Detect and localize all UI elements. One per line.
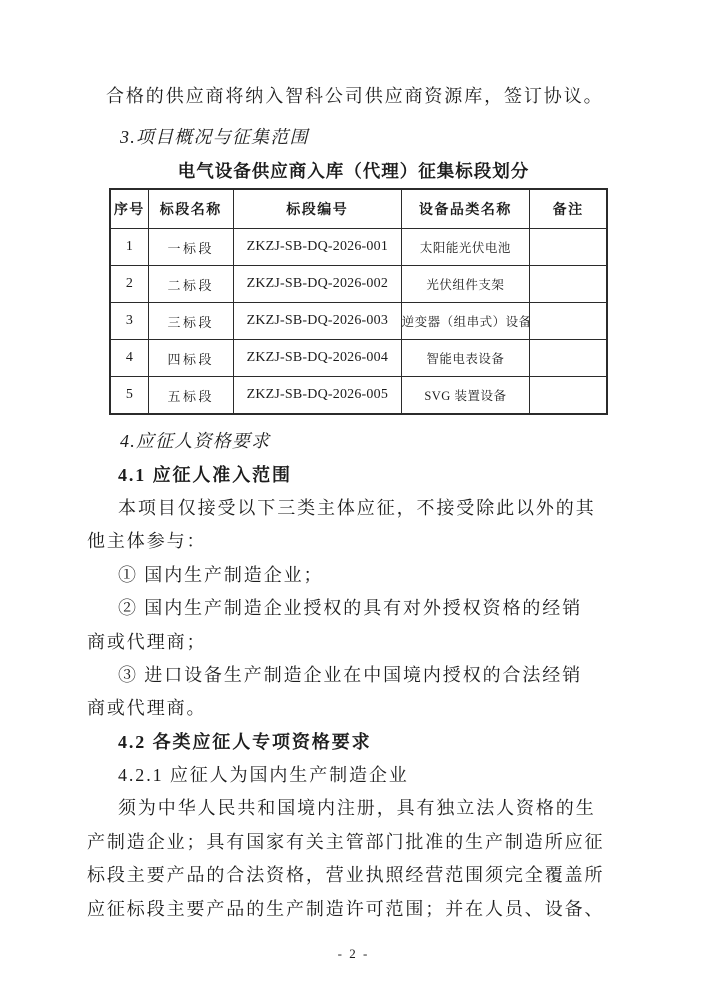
- list-item-line: ① 国内生产制造企业；: [87, 559, 620, 592]
- paragraph-line: 本项目仅接受以下三类主体应征，不接受除此以外的其: [87, 492, 620, 525]
- table-row: 2 二标段 ZKZJ-SB-DQ-2026-002 光伏组件支架: [110, 266, 607, 303]
- cell-lot-name: 五标段: [148, 377, 233, 415]
- section-4-2-heading: 4.2 各类应征人专项资格要求: [87, 726, 620, 759]
- cell-lot-code: ZKZJ-SB-DQ-2026-005: [233, 377, 401, 415]
- paragraph-line: 须为中华人民共和国境内注册，具有独立法人资格的生: [87, 792, 620, 825]
- cell-seq: 1: [110, 229, 148, 266]
- table-row: 4 四标段 ZKZJ-SB-DQ-2026-004 智能电表设备: [110, 340, 607, 377]
- cell-seq: 3: [110, 303, 148, 340]
- section-4-2-1-heading: 4.2.1 应征人为国内生产制造企业: [87, 759, 620, 792]
- cell-lot-code: ZKZJ-SB-DQ-2026-001: [233, 229, 401, 266]
- cell-lot-code: ZKZJ-SB-DQ-2026-004: [233, 340, 401, 377]
- table-header-device-category: 设备品类名称: [401, 189, 530, 229]
- table-header-lot-name: 标段名称: [148, 189, 233, 229]
- list-item-line: 商或代理商；: [87, 626, 620, 659]
- cell-seq: 2: [110, 266, 148, 303]
- cell-lot-name: 三标段: [148, 303, 233, 340]
- table-row: 1 一标段 ZKZJ-SB-DQ-2026-001 太阳能光伏电池: [110, 229, 607, 266]
- cell-remark: [530, 377, 607, 415]
- paragraph-line: 标段主要产品的合法资格，营业执照经营范围须完全覆盖所: [87, 859, 620, 892]
- cell-lot-name: 一标段: [148, 229, 233, 266]
- table-header-row: 序号 标段名称 标段编号 设备品类名称 备注: [110, 189, 607, 229]
- cell-device: SVG 装置设备: [401, 377, 530, 415]
- cell-lot-name: 二标段: [148, 266, 233, 303]
- table-row: 3 三标段 ZKZJ-SB-DQ-2026-003 逆变器（组串式）设备: [110, 303, 607, 340]
- cell-lot-code: ZKZJ-SB-DQ-2026-002: [233, 266, 401, 303]
- table-header-remarks: 备注: [530, 189, 607, 229]
- cell-seq: 4: [110, 340, 148, 377]
- cell-remark: [530, 303, 607, 340]
- cell-lot-code: ZKZJ-SB-DQ-2026-003: [233, 303, 401, 340]
- section-3-heading: 3.项目概况与征集范围: [87, 121, 620, 154]
- list-item-line: ② 国内生产制造企业授权的具有对外授权资格的经销: [87, 592, 620, 625]
- section-4-1-heading: 4.1 应征人准入范围: [87, 459, 620, 492]
- paragraph-line: 产制造企业；具有国家有关主管部门批准的生产制造所应征: [87, 826, 620, 859]
- document-body: 合格的供应商将纳入智科公司供应商资源库，签订协议。 3.项目概况与征集范围 电气…: [87, 80, 620, 926]
- page-number: - 2 -: [0, 944, 707, 964]
- table-row: 5 五标段 ZKZJ-SB-DQ-2026-005 SVG 装置设备: [110, 377, 607, 415]
- cell-remark: [530, 340, 607, 377]
- list-item-line: 商或代理商。: [87, 692, 620, 725]
- cell-lot-name: 四标段: [148, 340, 233, 377]
- cell-device: 智能电表设备: [401, 340, 530, 377]
- cell-remark: [530, 229, 607, 266]
- paragraph-line: 他主体参与：: [87, 525, 620, 558]
- section-4-heading: 4.应征人资格要求: [87, 425, 620, 458]
- cell-device: 逆变器（组串式）设备: [401, 303, 530, 340]
- list-item-line: ③ 进口设备生产制造企业在中国境内授权的合法经销: [87, 659, 620, 692]
- lot-table: 序号 标段名称 标段编号 设备品类名称 备注 1 一标段 ZKZJ-SB-DQ-…: [109, 188, 608, 415]
- cell-remark: [530, 266, 607, 303]
- table-header-lot-code: 标段编号: [233, 189, 401, 229]
- document-page: 合格的供应商将纳入智科公司供应商资源库，签订协议。 3.项目概况与征集范围 电气…: [0, 0, 707, 1000]
- intro-paragraph-line: 合格的供应商将纳入智科公司供应商资源库，签订协议。: [87, 80, 620, 113]
- cell-seq: 5: [110, 377, 148, 415]
- cell-device: 光伏组件支架: [401, 266, 530, 303]
- cell-device: 太阳能光伏电池: [401, 229, 530, 266]
- paragraph-line: 应征标段主要产品的生产制造许可范围；并在人员、设备、: [87, 893, 620, 926]
- table-title: 电气设备供应商入库（代理）征集标段划分: [87, 155, 620, 188]
- table-header-seq: 序号: [110, 189, 148, 229]
